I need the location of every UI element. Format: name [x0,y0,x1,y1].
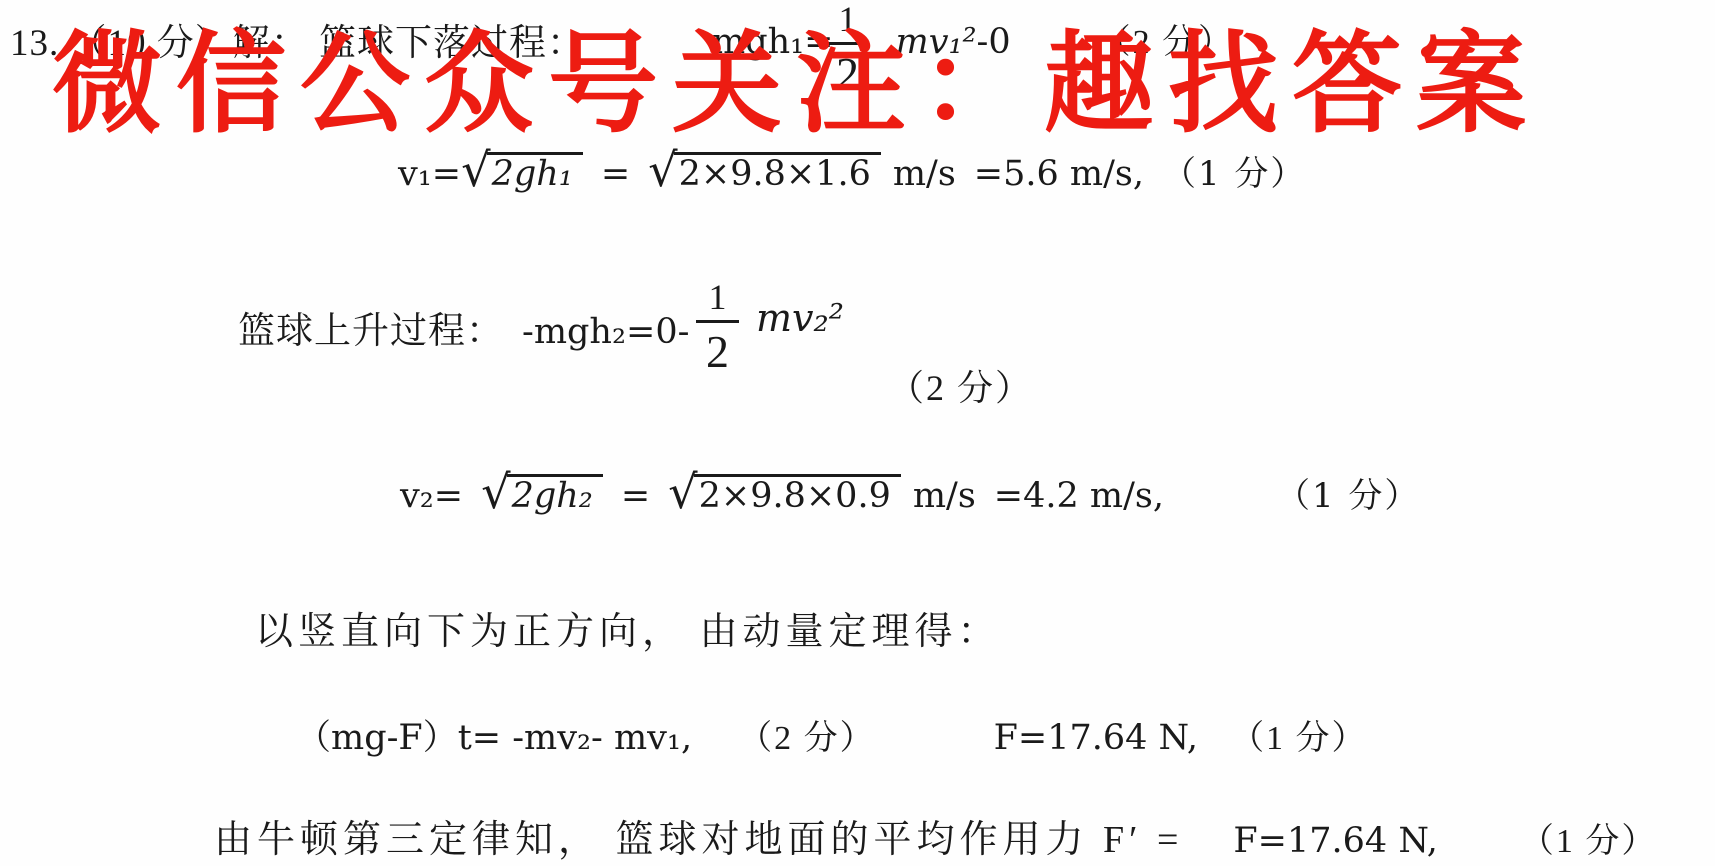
v1-equation-line: v₁= √ 2gh₁ = √ 2×9.8×1.6 m/s =5.6 m/s, （… [398,146,1306,195]
newton-third-law-line: 由牛顿第三定律知， 篮球对地面的平均作用力 F′ = F=17.64 N, （1… [214,808,1657,863]
rise-fraction-denominator: 2 [696,320,739,378]
v1-radicand-symbolic: 2gh₁ [487,152,583,193]
rise-process-line: 篮球上升过程： -mgh₂=0- [238,300,689,354]
rise-score: （2 分） [888,360,1033,411]
rise-eq-lhs: -mgh₂=0- [522,312,689,352]
newton-force-value: F=17.64 N, [1233,821,1437,861]
v2-sqrt-numeric: √ 2×9.8×0.9 [668,474,901,515]
v2-radicand-symbolic: 2gh₂ [507,474,603,515]
watermark-text: 微信公众号关注：趣找答案 [52,20,1540,150]
momentum-equation: （mg-F）t= -mv₂- mv₁, [296,710,692,760]
rise-eq-rhs: mv₂² [756,296,844,340]
v1-radicand-numeric: 2×9.8×1.6 [674,152,881,193]
newton-text: 由牛顿第三定律知， 篮球对地面的平均作用力 F′ = [214,808,1183,863]
rise-score-wrap: （2 分） [888,360,1033,411]
v2-unit: m/s [913,476,976,516]
v2-equation-line: v₂= √ 2gh₂ = √ 2×9.8×0.9 m/s =4.2 m/s, （… [400,468,1420,517]
v1-lhs: v₁= [398,154,461,194]
momentum-score-1: （2 分） [738,710,876,759]
v1-score: （1 分） [1162,146,1306,195]
v2-result: =4.2 m/s, [994,476,1164,516]
v1-unit: m/s [893,154,956,194]
v1-equals: = [601,154,630,194]
v2-radicand-numeric: 2×9.8×0.9 [694,474,901,515]
rise-label: 篮球上升过程： [238,300,504,354]
momentum-force-value: F=17.64 N, [994,718,1198,758]
rise-fraction-numerator: 1 [699,278,737,320]
direction-statement-line: 以竖直向下为正方向， 由动量定理得： [255,600,1001,655]
v2-lhs: v₂= [400,476,463,516]
v2-sqrt-symbolic: √ 2gh₂ [481,474,603,515]
scanned-answer-page: 13. （10 分）解： 篮球下落过程： mgh₁= mv₁² -0 （2 分）… [0,0,1715,866]
v2-equals: = [621,476,650,516]
momentum-theorem-line: （mg-F）t= -mv₂- mv₁, （2 分） F=17.64 N, （1 … [296,710,1368,760]
rise-fraction: 1 2 [696,278,739,377]
v2-score: （1 分） [1276,468,1420,517]
v1-result: =5.6 m/s, [974,154,1144,194]
v1-sqrt-numeric: √ 2×9.8×1.6 [648,152,881,193]
newton-score: （1 分） [1520,813,1658,862]
momentum-score-2: （1 分） [1230,710,1368,759]
direction-text: 以竖直向下为正方向， 由动量定理得： [255,600,1001,655]
rise-eq-rhs-wrap: mv₂² [756,296,844,340]
v1-sqrt-symbolic: √ 2gh₁ [461,152,583,193]
